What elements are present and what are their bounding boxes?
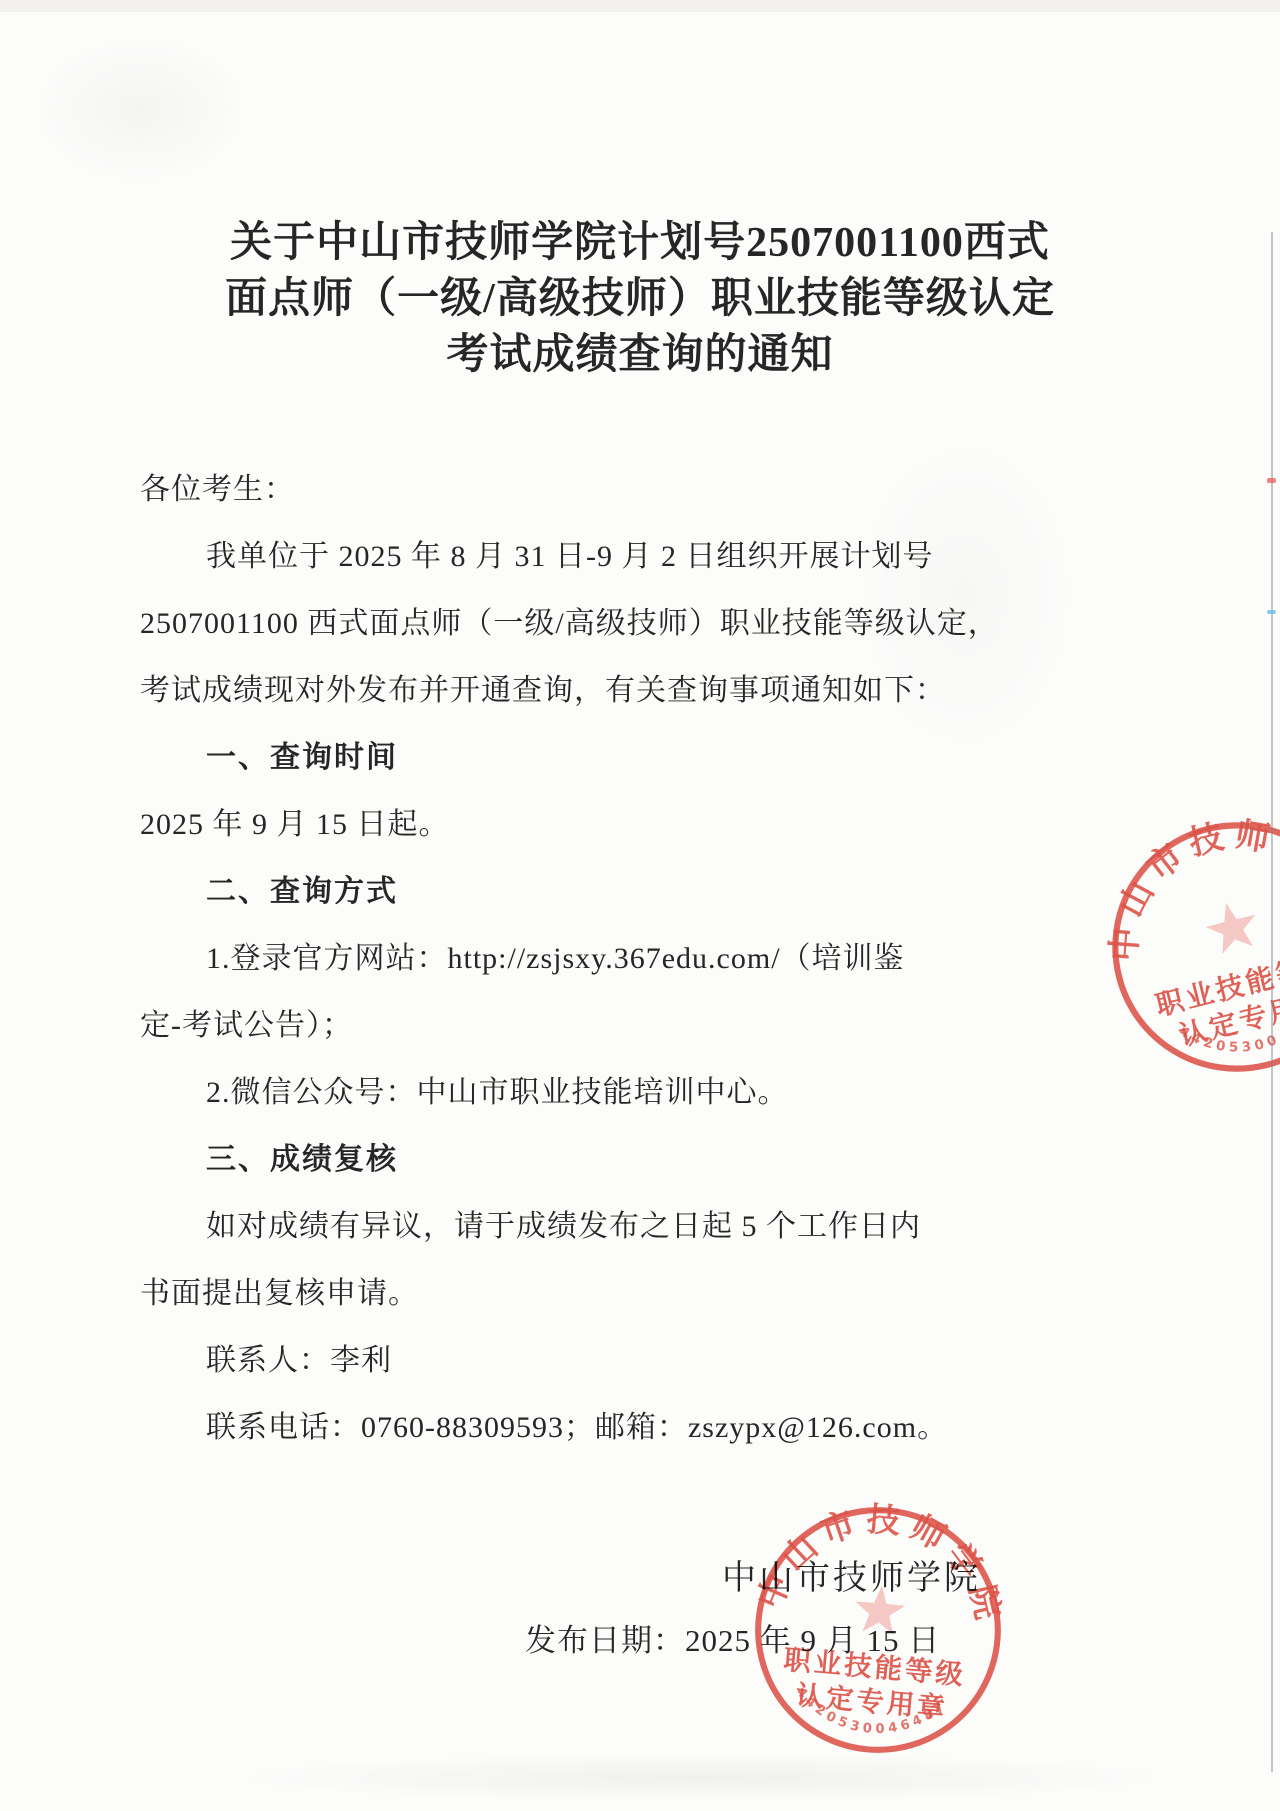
salutation-line: 各位考生： [140, 456, 1150, 523]
heading-query-time: 一、查询时间 [140, 724, 1150, 791]
seal-star-icon [853, 1583, 907, 1635]
page-edge-line [1271, 232, 1273, 1772]
score-review-line-1: 如对成绩有异议，请于成绩发布之日起 5 个工作日内 [140, 1193, 1150, 1260]
scan-blotch [30, 35, 250, 185]
official-seal-bottom: 中山市技师学院 职业技能等级 认定专用章 4420530046487 [735, 1487, 1021, 1773]
notice-title-line-1: 关于中山市技师学院计划号2507001100西式 [0, 215, 1280, 271]
scanned-notice-document: 关于中山市技师学院计划号2507001100西式 面点师（一级/高级技师）职业技… [0, 0, 1280, 1811]
notice-title-line-2: 面点师（一级/高级技师）职业技能等级认定 [0, 271, 1280, 327]
contact-phone-email-line: 联系电话：0760-88309593；邮箱：zszypx@126.com。 [140, 1394, 1150, 1461]
notice-title: 关于中山市技师学院计划号2507001100西式 面点师（一级/高级技师）职业技… [0, 215, 1280, 383]
heading-score-review: 三、成绩复核 [140, 1126, 1150, 1193]
scan-edge-mark-red [1267, 478, 1276, 483]
query-method-item-1-line-2: 定-考试公告）； [140, 992, 1150, 1059]
score-review-line-2: 书面提出复核申请。 [140, 1260, 1150, 1327]
seal-star-icon [1201, 897, 1262, 956]
notice-body: 各位考生： 我单位于 2025 年 8 月 31 日-9 月 2 日组织开展计划… [140, 456, 1150, 1461]
intro-line-2: 2507001100 西式面点师（一级/高级技师）职业技能等级认定， [140, 590, 1150, 657]
intro-line-3: 考试成绩现对外发布并开通查询，有关查询事项通知如下： [140, 657, 1150, 724]
query-method-item-2: 2.微信公众号：中山市职业技能培训中心。 [140, 1059, 1150, 1126]
scan-blotch [250, 1755, 1150, 1801]
intro-line-1: 我单位于 2025 年 8 月 31 日-9 月 2 日组织开展计划号 [140, 523, 1150, 590]
contact-person-line: 联系人：李利 [140, 1327, 1150, 1394]
heading-query-method: 二、查询方式 [140, 858, 1150, 925]
scan-top-band [0, 0, 1280, 12]
query-time-value: 2025 年 9 月 15 日起。 [140, 791, 1150, 858]
notice-title-line-3: 考试成绩查询的通知 [0, 327, 1280, 383]
query-method-item-1-line-1: 1.登录官方网站：http://zsjsxy.367edu.com/（培训鉴 [140, 925, 1150, 992]
scan-edge-mark-cyan [1267, 610, 1276, 614]
